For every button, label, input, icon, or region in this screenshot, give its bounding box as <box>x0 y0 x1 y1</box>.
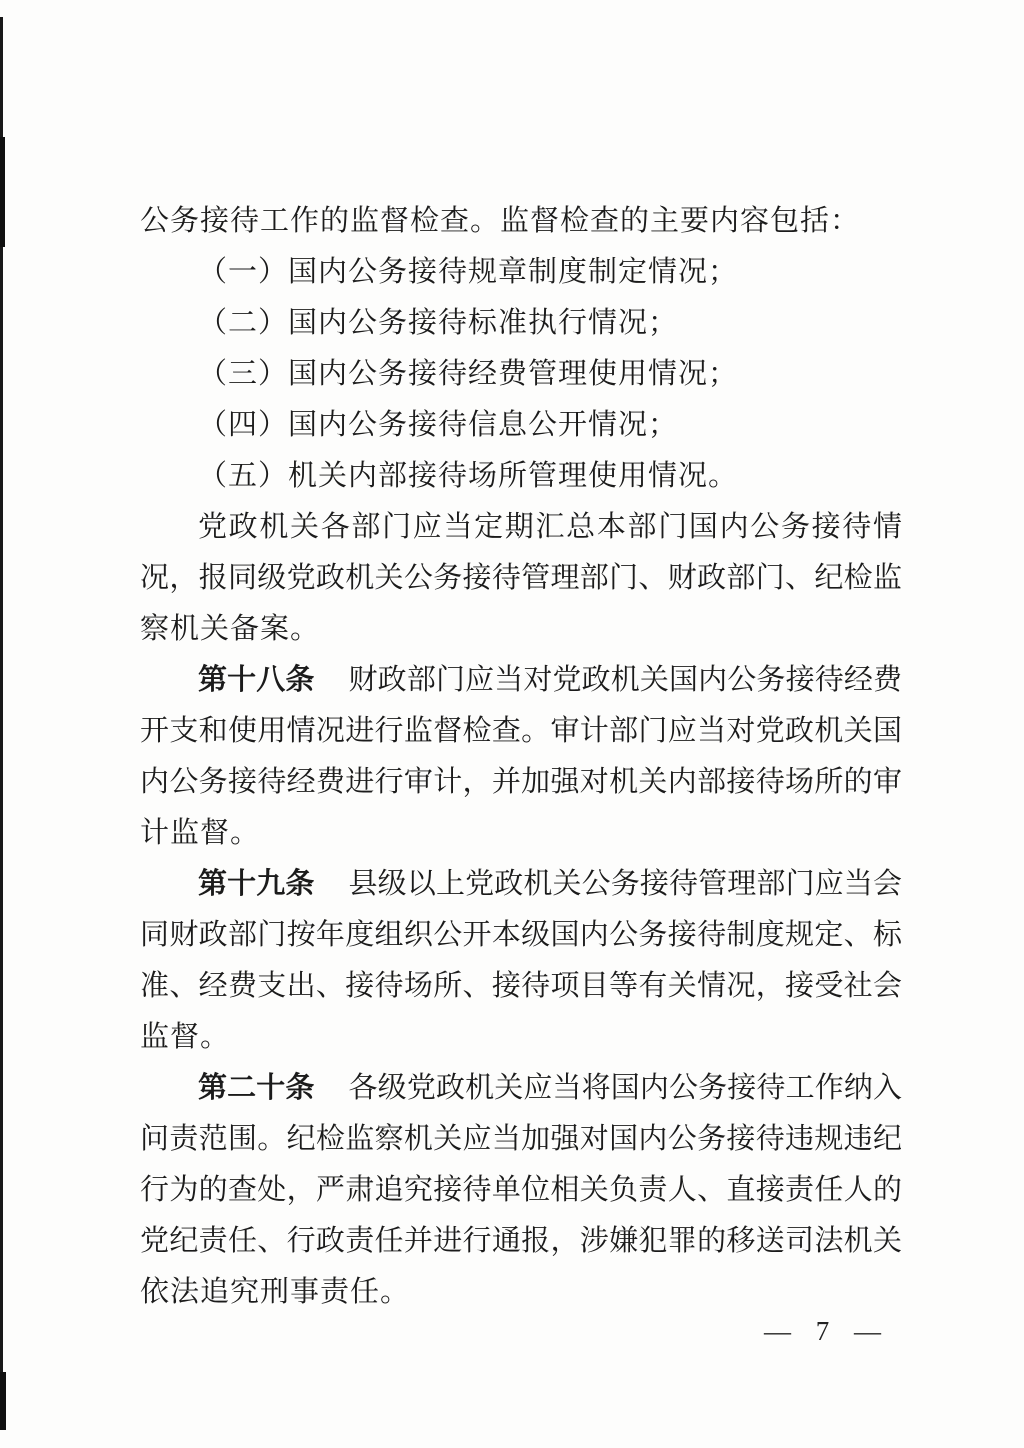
text-line: 况，报同级党政机关公务接待管理部门、财政部门、纪检监 <box>140 553 902 604</box>
document-text: 公务接待工作的监督检查。监督检查的主要内容包括： （一）国内公务接待规章制度制定… <box>140 196 902 1318</box>
line-text: （三）国内公务接待经费管理使用情况； <box>198 358 738 390</box>
line-text: 依法追究刑事责任。 <box>140 1276 410 1308</box>
text-line: 同财政部门按年度组织公开本级国内公务接待制度规定、标 <box>140 910 902 961</box>
line-text: 监督。 <box>140 1021 230 1053</box>
text-line: 监督。 <box>140 1012 902 1063</box>
line-text: 内公务接待经费进行审计，并加强对机关内部接待场所的审 <box>140 766 902 798</box>
article-19-heading: 第十九条 <box>198 868 315 900</box>
text-line: 党纪责任、行政责任并进行通报，涉嫌犯罪的移送司法机关 <box>140 1216 902 1267</box>
document-page: 公务接待工作的监督检查。监督检查的主要内容包括： （一）国内公务接待规章制度制定… <box>0 0 1024 1448</box>
text-line: 党政机关各部门应当定期汇总本部门国内公务接待情 <box>140 502 902 553</box>
line-text: 县级以上党政机关公务接待管理部门应当会 <box>349 868 902 900</box>
line-text: （四）国内公务接待信息公开情况； <box>198 409 678 441</box>
line-text: 党纪责任、行政责任并进行通报，涉嫌犯罪的移送司法机关 <box>140 1225 902 1257</box>
line-text: 计监督。 <box>140 817 260 849</box>
line-text: （一）国内公务接待规章制度制定情况； <box>198 256 738 288</box>
line-text: 财政部门应当对党政机关国内公务接待经费 <box>349 664 902 696</box>
article-18-heading: 第十八条 <box>198 664 315 696</box>
article-19-line: 第十九条县级以上党政机关公务接待管理部门应当会 <box>140 859 902 910</box>
text-line: 察机关备案。 <box>140 604 902 655</box>
line-text: 问责范围。纪检监察机关应当加强对国内公务接待违规违纪 <box>140 1123 902 1155</box>
text-line: 依法追究刑事责任。 <box>140 1267 902 1318</box>
article-20-line: 第二十条各级党政机关应当将国内公务接待工作纳入 <box>140 1063 902 1114</box>
line-text: 公务接待工作的监督检查。监督检查的主要内容包括： <box>140 205 860 237</box>
line-text: 同财政部门按年度组织公开本级国内公务接待制度规定、标 <box>140 919 902 951</box>
text-line: 开支和使用情况进行监督检查。审计部门应当对党政机关国 <box>140 706 902 757</box>
line-text: 各级党政机关应当将国内公务接待工作纳入 <box>349 1072 902 1104</box>
line-text: 党政机关各部门应当定期汇总本部门国内公务接待情 <box>198 511 902 543</box>
list-item-5: （五）机关内部接待场所管理使用情况。 <box>140 451 902 502</box>
line-text: 准、经费支出、接待场所、接待项目等有关情况，接受社会 <box>140 970 902 1002</box>
scan-edge-artifact <box>0 17 3 1430</box>
line-text: （二）国内公务接待标准执行情况； <box>198 307 678 339</box>
line-text: （五）机关内部接待场所管理使用情况。 <box>198 460 738 492</box>
line-text: 开支和使用情况进行监督检查。审计部门应当对党政机关国 <box>140 715 902 747</box>
text-line: 行为的查处，严肃追究接待单位相关负责人、直接责任人的 <box>140 1165 902 1216</box>
line-text: 行为的查处，严肃追究接待单位相关负责人、直接责任人的 <box>140 1174 902 1206</box>
text-line: 计监督。 <box>140 808 902 859</box>
text-line: 公务接待工作的监督检查。监督检查的主要内容包括： <box>140 196 902 247</box>
list-item-4: （四）国内公务接待信息公开情况； <box>140 400 902 451</box>
list-item-1: （一）国内公务接待规章制度制定情况； <box>140 247 902 298</box>
article-18-line: 第十八条财政部门应当对党政机关国内公务接待经费 <box>140 655 902 706</box>
list-item-3: （三）国内公务接待经费管理使用情况； <box>140 349 902 400</box>
text-line: 准、经费支出、接待场所、接待项目等有关情况，接受社会 <box>140 961 902 1012</box>
text-line: 内公务接待经费进行审计，并加强对机关内部接待场所的审 <box>140 757 902 808</box>
page-number: — 7 — <box>764 1316 884 1347</box>
list-item-2: （二）国内公务接待标准执行情况； <box>140 298 902 349</box>
article-20-heading: 第二十条 <box>198 1072 315 1104</box>
line-text: 况，报同级党政机关公务接待管理部门、财政部门、纪检监 <box>140 562 902 594</box>
text-line: 问责范围。纪检监察机关应当加强对国内公务接待违规违纪 <box>140 1114 902 1165</box>
line-text: 察机关备案。 <box>140 613 320 645</box>
